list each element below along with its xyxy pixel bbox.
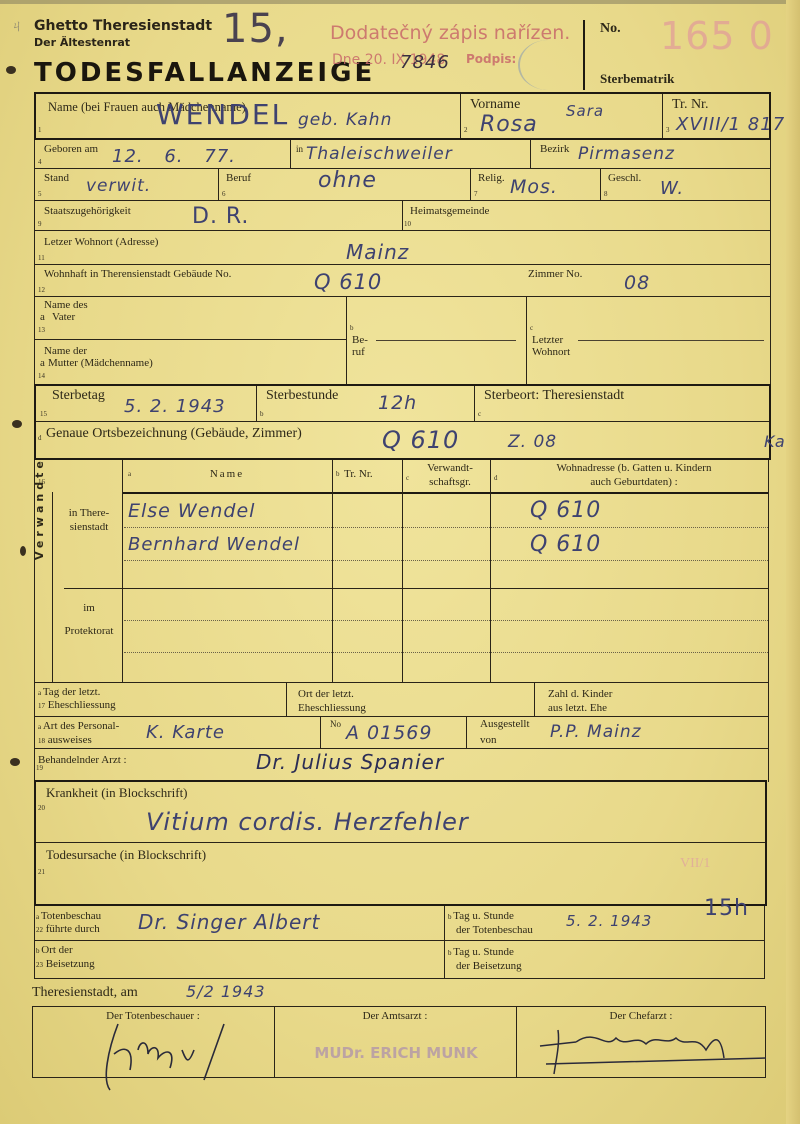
letzter-wohnort-label: Letzer Wohnort (Adresse) (44, 236, 158, 248)
registry-number: 7846 (400, 52, 450, 73)
letzter-wohnort-value: Mainz (346, 240, 409, 264)
vorname-extra-value: Sara (566, 102, 604, 120)
punch-hole (6, 66, 16, 74)
vater-label: Name des (44, 299, 88, 311)
handwritten-number: 15, (222, 6, 289, 52)
ausgestellt-value: P.P. Mainz (550, 722, 642, 742)
gebaeude-value: Q 610 (314, 270, 382, 294)
ausweis-no-label: No (330, 718, 341, 730)
staat-value: D. R. (192, 204, 249, 229)
ortsbezeichnung-label: Genaue Ortsbezeichnung (Gebäude, Zimmer) (46, 427, 302, 441)
margin-initials: Ka (764, 432, 786, 451)
page-right-edge (786, 0, 800, 1124)
ortsbezeichnung-zimmer: Z. 08 (508, 432, 557, 452)
sterbematrik-label: Sterbematrik (600, 72, 674, 86)
totenbeschau-hour: 15h (704, 896, 749, 921)
registry-stamp-line1: Dodatečný zápis nařízen. (330, 22, 570, 44)
ausweis-art-value: K. Karte (146, 722, 225, 743)
zimmer-value: 08 (624, 272, 650, 294)
geboren-label: Geboren am (44, 143, 98, 155)
group-protektorat-label: im (56, 602, 122, 614)
gebaeude-label: Wohnhaft in Therensienstadt Gebäude No. (44, 268, 231, 280)
org-subname: Der Ältestenrat (34, 36, 130, 49)
place-date-value: 5/2 1943 (186, 982, 266, 1001)
eltern-wohnort-label: Letzter (532, 334, 563, 346)
maiden-name-value: geb. Kahn (298, 110, 392, 130)
column-header-trnr: Tr. Nr. (344, 468, 373, 480)
amtsarzt-stamp: MUDr. ERICH MUNK (276, 1044, 516, 1062)
surname-value: WENDEL (156, 98, 289, 131)
punch-hole (12, 420, 22, 428)
column-header-verwandtschaft: Verwandt- (410, 462, 490, 474)
staat-label: Staatszugehörigkeit (44, 205, 131, 217)
bezirk-value: Pirmasenz (578, 144, 675, 164)
todesursache-label: Todesursache (in Blockschrift) (46, 848, 206, 862)
verwandte-side-label: Verwandte (34, 542, 46, 560)
sterbetag-value: 5. 2. 1943 (124, 396, 226, 417)
birthplace-value: Thaleischweiler (306, 144, 453, 164)
totenbeschau-value: Dr. Singer Albert (138, 910, 320, 934)
document-title: TODESFALLANZEIGE (34, 58, 375, 88)
sterbestunde-value: 12h (378, 392, 417, 414)
registry-stamp-signature-label: Podpis: (466, 52, 516, 66)
arzt-label: Behandelnder Arzt : (38, 754, 127, 766)
sterbeort-label: Sterbeort: Theresienstadt (484, 389, 624, 403)
zimmer-label: Zimmer No. (528, 268, 582, 280)
heimat-label: Heimatsgemeinde (410, 205, 489, 217)
geschl-value: W. (660, 178, 684, 199)
geschl-label: Geschl. (608, 172, 641, 184)
ausgestellt-label: Ausgestellt (480, 718, 530, 730)
heirat-tag-label: a Tag der letzt. (38, 686, 100, 699)
place-date-label: Theresienstadt, am (32, 986, 138, 1000)
column-header-name: Name (122, 468, 332, 480)
ausweis-no-value: A 01569 (346, 722, 432, 744)
sterbestunde-label: Sterbestunde (266, 389, 338, 403)
sterbetag-label: Sterbetag (52, 389, 105, 403)
no-label: No. (600, 22, 621, 36)
totenbeschau-tag-value: 5. 2. 1943 (566, 912, 652, 930)
relative-name-1: Else Wendel (128, 500, 255, 522)
header-divider (583, 20, 585, 90)
relative-address-2: Q 610 (530, 532, 601, 557)
punch-hole (20, 546, 26, 556)
beisetzung-tag-label: b Tag u. Stunde (448, 946, 514, 959)
relig-label: Relig. (478, 172, 505, 184)
heirat-ort-label: Ort der letzt. (298, 688, 354, 700)
beruf-value: ohne (318, 168, 377, 193)
bezirk-label: Bezirk (540, 143, 569, 155)
amtsarzt-label: Der Amtsarzt : (274, 1010, 516, 1022)
column-header-wohnadresse: Wohnadresse (b. Gatten u. Kindern (500, 462, 768, 474)
totenbeschau-tag-label: b Tag u. Stunde (448, 910, 514, 923)
signature-scribble (518, 40, 578, 90)
relative-name-2: Bernhard Wendel (128, 534, 300, 555)
stand-value: verwit. (86, 176, 151, 196)
mutter-label: Name der (44, 345, 87, 357)
page-top-edge (0, 0, 800, 4)
punch-hole (10, 758, 20, 766)
relig-value: Mos. (510, 176, 558, 198)
group-theresienstadt-label: in There- (56, 507, 122, 519)
totenbeschauer-signature (96, 1010, 246, 1094)
org-name: Ghetto Theresienstadt (34, 18, 212, 34)
margin-mark: ㄐ (10, 22, 24, 34)
in-label: in (296, 143, 303, 155)
stand-label: Stand (44, 172, 69, 184)
ortsbezeichnung-value: Q 610 (382, 426, 459, 454)
beruf-label: Beruf (226, 172, 251, 184)
trnr-label: Tr. Nr. (672, 98, 708, 112)
geboren-value: 12. 6. 77. (112, 146, 236, 167)
relative-address-1: Q 610 (530, 498, 601, 523)
red-pencil-mark: VII/1 (680, 856, 710, 872)
chefarzt-signature (536, 1020, 772, 1084)
arzt-value: Dr. Julius Spanier (256, 750, 444, 774)
krankheit-value: Vitium cordis. Herzfehler (146, 808, 469, 836)
eltern-beruf-label: Be- (352, 334, 368, 346)
trnr-value: XVIII/1 817 (676, 114, 785, 135)
totenbeschau-label: a Totenbeschau (36, 910, 101, 923)
vorname-value: Rosa (480, 112, 538, 137)
ausweis-art-label: a Art des Personal- (38, 720, 119, 733)
beisetzung-ort-label: b Ort der (36, 944, 73, 957)
vorname-label: Vorname (470, 98, 520, 112)
kinder-label: Zahl d. Kinder (548, 688, 612, 700)
krankheit-label: Krankheit (in Blockschrift) (46, 786, 188, 800)
red-pencil-number: 165 0 (660, 14, 774, 58)
